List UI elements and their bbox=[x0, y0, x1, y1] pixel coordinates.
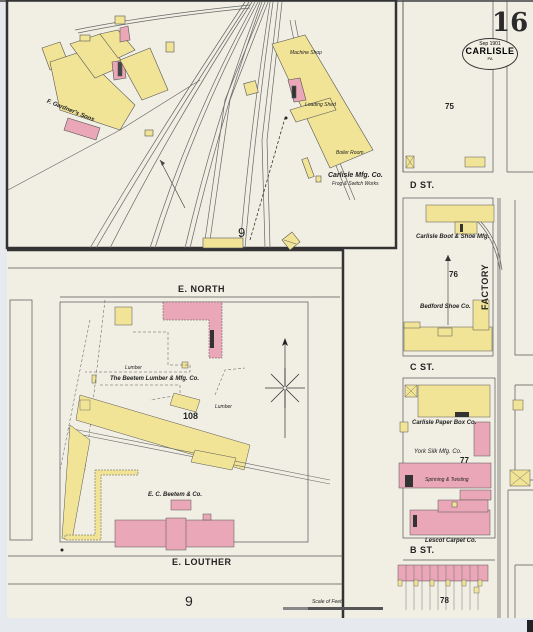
company-subtitle-carlisle-mfg: Frog & Switch Works bbox=[332, 181, 379, 187]
bottom-margin bbox=[0, 618, 533, 632]
compass-rose bbox=[265, 338, 305, 438]
carlisle-mfg-buildings bbox=[272, 35, 373, 182]
building-label-boiler-room: Boiler Room bbox=[336, 150, 364, 156]
street-label-e-north: E. NORTH bbox=[178, 284, 225, 294]
seal-city: CARLISLE bbox=[463, 47, 517, 56]
section-number-top: 9 bbox=[238, 225, 245, 240]
company-label-beetem-lumber: The Beetem Lumber & Mfg. Co. bbox=[110, 376, 199, 382]
company-label-lescot-carpet: Lescot Carpet Co. bbox=[425, 538, 476, 544]
company-label-york-silk: York Silk Mfg. Co. bbox=[414, 449, 462, 455]
street-label-d-st: D ST. bbox=[410, 180, 435, 190]
block-number-75: 75 bbox=[445, 102, 454, 111]
corner-edge bbox=[527, 620, 533, 632]
building-label-loading-shed: Loading Shed bbox=[305, 102, 336, 108]
section-number-bottom: 9 bbox=[185, 593, 193, 609]
gardner-buildings bbox=[42, 16, 258, 140]
yard-label-lumber-2: Lumber bbox=[215, 404, 232, 410]
street-label-c-st: C ST. bbox=[410, 362, 435, 372]
seal-state: PA bbox=[463, 56, 517, 61]
building-label-machine-shop: Machine Shop bbox=[290, 50, 322, 56]
street-label-factory: FACTORY bbox=[480, 264, 490, 310]
block-number-76: 76 bbox=[449, 270, 458, 279]
street-label-e-louther: E. LOUTHER bbox=[172, 557, 232, 567]
city-seal: Sep 1901 CARLISLE PA bbox=[462, 38, 518, 70]
block-number-77: 77 bbox=[460, 456, 469, 465]
scale-title: Scale of Feet. bbox=[312, 599, 343, 605]
building-label-spinning: Spinning & Twisting bbox=[425, 477, 469, 483]
company-label-carlisle-boot-shoe: Carlisle Boot & Shoe Mfg. bbox=[416, 234, 489, 240]
company-label-carlisle-paper-box: Carlisle Paper Box Co. bbox=[412, 420, 476, 426]
scale-bar bbox=[283, 607, 383, 610]
block-number-108: 108 bbox=[183, 411, 198, 421]
page-number: 16 bbox=[492, 8, 528, 38]
company-label-bedford-shoe: Bedford Shoe Co. bbox=[420, 304, 471, 310]
company-label-ec-beetem: E. C. Beetem & Co. bbox=[148, 492, 202, 498]
block-number-78: 78 bbox=[440, 596, 449, 605]
company-label-carlisle-mfg: Carlisle Mfg. Co. bbox=[328, 172, 383, 179]
street-label-b-st: B ST. bbox=[410, 545, 435, 555]
yard-label-lumber: Lumber bbox=[125, 365, 142, 371]
